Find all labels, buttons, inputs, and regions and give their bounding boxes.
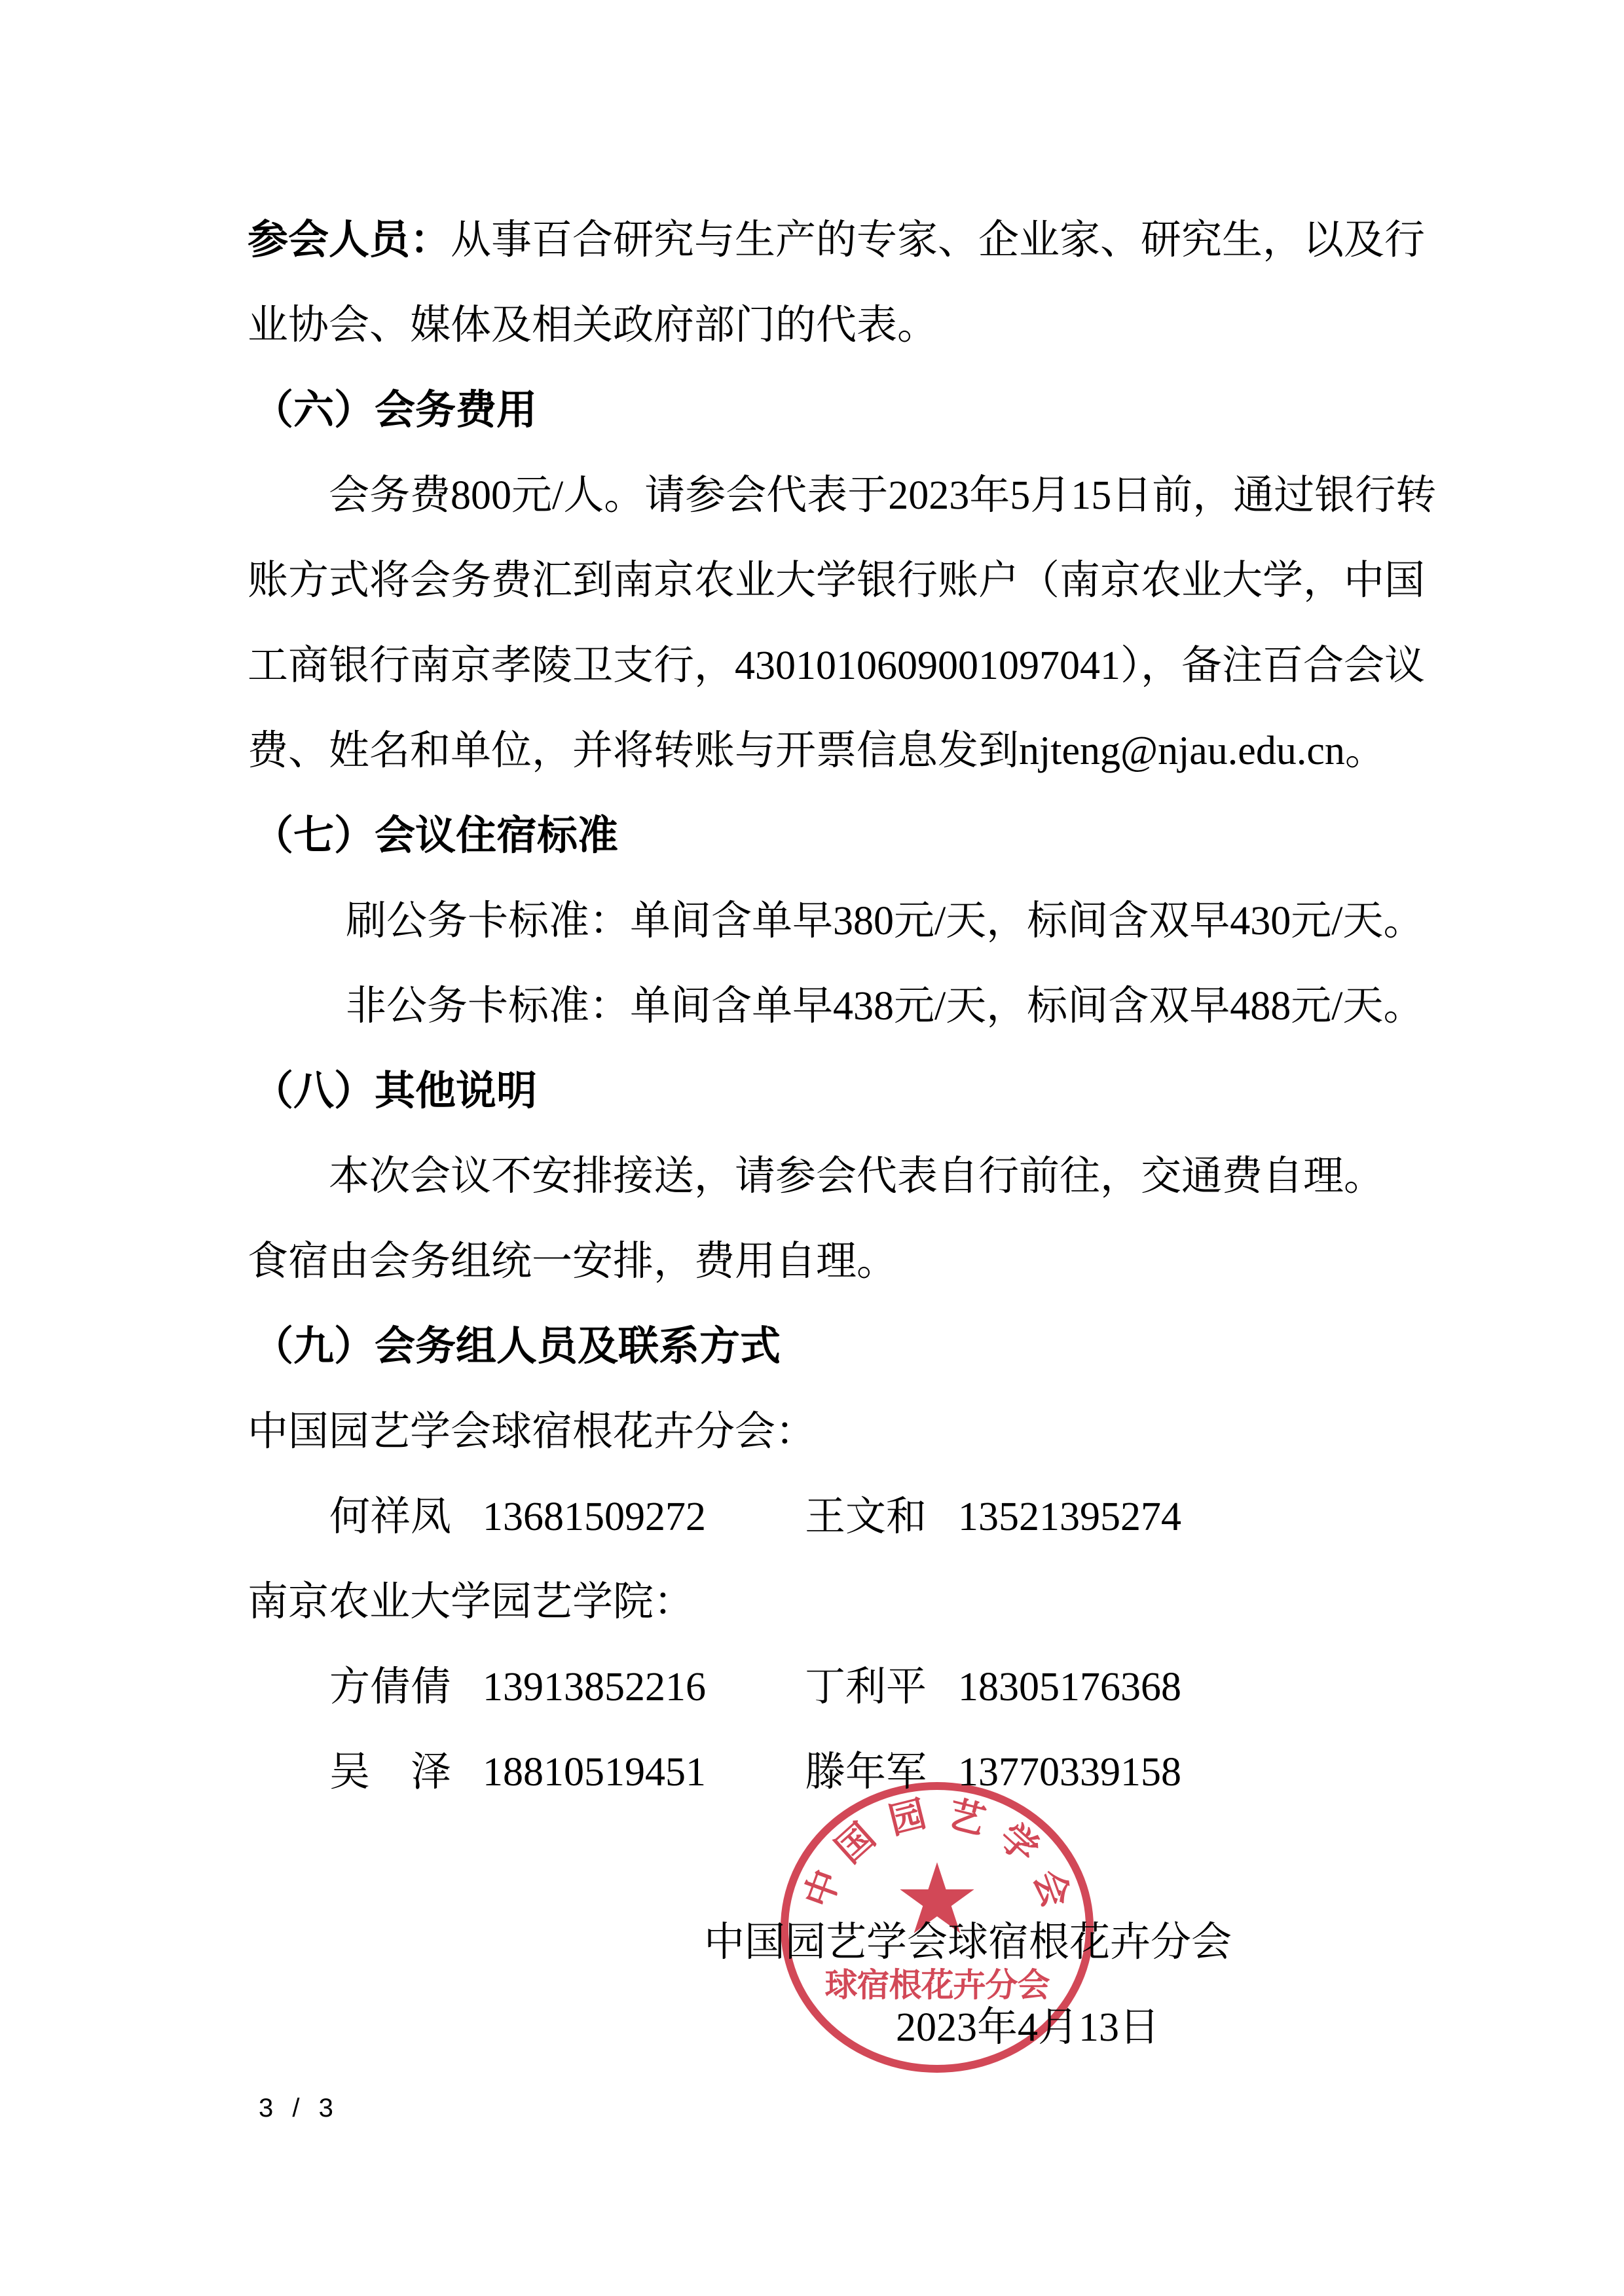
signature-date: 2023年4月13日 xyxy=(896,1985,1446,2070)
section-heading-lodging: （七）会议住宿标准 xyxy=(253,793,1446,879)
org2-label: 南京农业大学园艺学院： xyxy=(248,1559,1446,1645)
section-heading-contacts: （九）会务组人员及联系方式 xyxy=(253,1304,1446,1389)
contact-row: 何祥凤 13681509272 王文和 13521395274 xyxy=(248,1474,1446,1559)
contact-name: 方倩倩 xyxy=(329,1645,451,1730)
contact-row: 吴 泽 18810519451 滕年军 13770339158 xyxy=(248,1730,1446,1815)
contact-name: 吴 泽 xyxy=(329,1730,451,1815)
section-heading-fees: （六）会务费用 xyxy=(253,368,1446,453)
contact-phone: 13913852216 xyxy=(483,1645,706,1730)
org1-label: 中国园艺学会球宿根花卉分会： xyxy=(248,1389,1446,1474)
fees-line2: 账方式将会务费汇到南京农业大学银行账户（南京农业大学，中国 xyxy=(248,538,1446,623)
fees-line4: 费、姓名和单位，并将转账与开票信息发到njteng@njau.edu.cn。 xyxy=(248,708,1446,793)
blank-line xyxy=(248,1815,1446,1900)
contact-name: 王文和 xyxy=(805,1474,927,1559)
attendees-text: 从事百合研究与生产的专家、企业家、研究生，以及行 xyxy=(451,218,1425,263)
attendees-line2: 业协会、媒体及相关政府部门的代表。 xyxy=(248,283,1446,368)
document-page: { "page": { "background": "#ffffff", "fo… xyxy=(0,0,1624,2296)
other-line2: 食宿由会务组统一安排，费用自理。 xyxy=(248,1219,1446,1304)
other-line1: 本次会议不安排接送，请参会代表自行前往，交通费自理。 xyxy=(248,1134,1446,1219)
attendees-line1: 参会人员：从事百合研究与生产的专家、企业家、研究生，以及行 xyxy=(248,198,1446,283)
contact-phone: 13681509272 xyxy=(483,1474,706,1559)
contact-phone: 18305176368 xyxy=(958,1645,1181,1730)
signature-org: 中国园艺学会球宿根花卉分会 xyxy=(704,1900,1446,1985)
contact-row: 方倩倩 13913852216 丁利平 18305176368 xyxy=(248,1645,1446,1730)
contact-name: 何祥凤 xyxy=(329,1474,451,1559)
fees-line1: 会务费800元/人。请参会代表于2023年5月15日前，通过银行转 xyxy=(248,453,1446,538)
section-heading-other: （八）其他说明 xyxy=(253,1049,1446,1134)
lodging-line1: 刷公务卡标准：单间含单早380元/天，标间含双早430元/天。 xyxy=(248,879,1446,964)
lodging-line2: 非公务卡标准：单间含单早438元/天，标间含双早488元/天。 xyxy=(248,964,1446,1049)
fees-line3: 工商银行南京孝陵卫支行，4301010609001097041），备注百合会议 xyxy=(248,623,1446,708)
attendees-label: 参会人员： xyxy=(248,218,451,263)
contact-phone: 13521395274 xyxy=(958,1474,1181,1559)
page-number: 3 / 3 xyxy=(259,2094,339,2123)
contact-name: 丁利平 xyxy=(805,1645,927,1730)
contact-phone: 13770339158 xyxy=(958,1730,1181,1815)
document-body: 参会人员：从事百合研究与生产的专家、企业家、研究生，以及行 业协会、媒体及相关政… xyxy=(248,198,1446,2070)
contact-name: 滕年军 xyxy=(805,1730,927,1815)
contact-phone: 18810519451 xyxy=(483,1730,706,1815)
